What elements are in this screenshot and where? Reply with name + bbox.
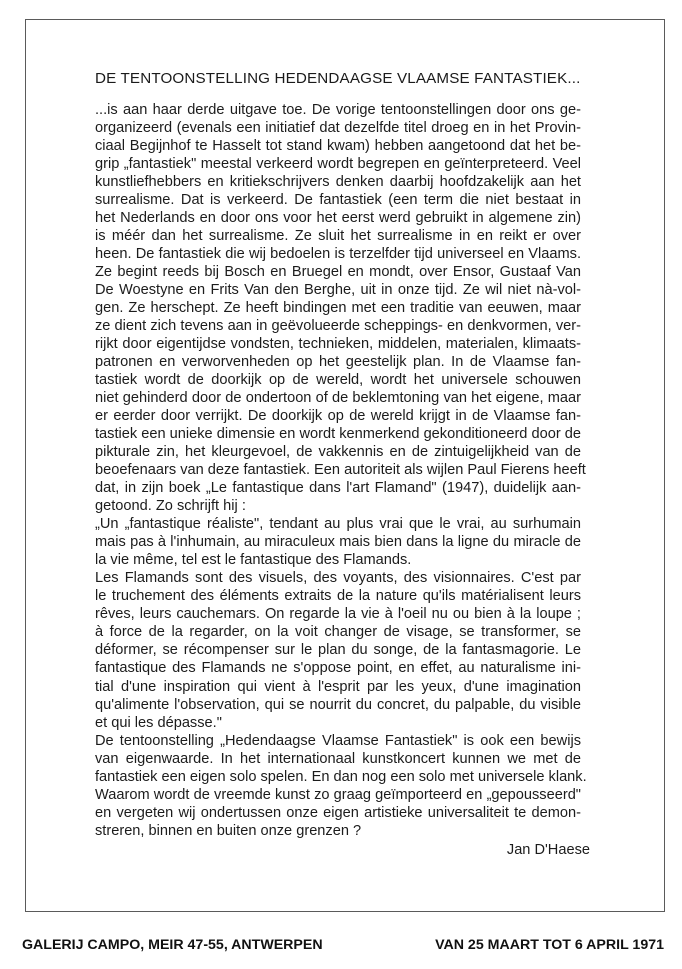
quote-line: la vie même, tel est le fantastique des … <box>95 551 581 569</box>
body-line: streren, binnen en buiten onze grenzen ? <box>95 822 581 840</box>
quote-line: fantastique des Flamands ne s'oppose poi… <box>95 659 581 677</box>
body-line: pikturale zin, het kleurgevoel, de vakke… <box>95 443 581 461</box>
body-line: van eigenwaarde. In het internationaal k… <box>95 750 581 768</box>
body-line: De Woestyne en Frits Van den Berghe, uit… <box>95 281 581 299</box>
author-signature: Jan D'Haese <box>95 842 590 858</box>
quote-line: tial d'une inspiration qui vient à l'esp… <box>95 678 581 696</box>
quote-line: rêves, leurs cauchemars. On regarde la v… <box>95 605 581 623</box>
body-line: beoefenaars van deze fantastiek. Een aut… <box>95 461 581 479</box>
footer-venue: GALERIJ CAMPO, MEIR 47-55, ANTWERPEN <box>22 937 323 953</box>
body-line: Waarom wordt de vreemde kunst zo graag g… <box>95 786 581 804</box>
body-line: tastiek wordt de doorkijk op de wereld, … <box>95 371 581 389</box>
quote-line: à force de la regarder, on la voit chang… <box>95 623 581 641</box>
body-line: er eerder door verrijkt. De doorkijk op … <box>95 407 581 425</box>
quote-line: Les Flamands sont des visuels, des voyan… <box>95 569 581 587</box>
document-body: ...is aan haar derde uitgave toe. De vor… <box>95 101 581 840</box>
body-line: rijkt door eigentijdse vondsten, technie… <box>95 335 581 353</box>
quote-line: déformer, se récompenser sur le plan du … <box>95 641 581 659</box>
footer-dates: VAN 25 MAART TOT 6 APRIL 1971 <box>435 937 664 953</box>
body-line: niet gehinderd door de ondertoon of de b… <box>95 389 581 407</box>
quote-line: qu'alimente l'observation, qui se nourri… <box>95 696 581 714</box>
quote-line: le truchement des éléments extraits de l… <box>95 587 581 605</box>
body-line: De tentoonstelling „Hedendaagse Vlaamse … <box>95 732 581 750</box>
body-line: gen. Ze herschept. Ze heeft bindingen me… <box>95 299 581 317</box>
body-line: tastiek een unieke dimensie en wordt ken… <box>95 425 581 443</box>
body-line: ...is aan haar derde uitgave toe. De vor… <box>95 101 581 119</box>
quote-line: „Un „fantastique réaliste", tendant au p… <box>95 515 581 533</box>
body-line: ciaal Begijnhof te Hasselt tot stand kwa… <box>95 137 581 155</box>
body-line: het Nederlands en door ons voor het eers… <box>95 209 581 227</box>
body-line: is méér dan het surrealisme. Ze sluit he… <box>95 227 581 245</box>
quote-line: mais pas à l'inhumain, au miraculeux mai… <box>95 533 581 551</box>
body-line: en vergeten wij ondertussen onze eigen a… <box>95 804 581 822</box>
quote-line: et qui les dépasse." <box>95 714 581 732</box>
body-line: Ze begint reeds bij Bosch en Bruegel en … <box>95 263 581 281</box>
body-line: organizeerd (evenals een initiatief dat … <box>95 119 581 137</box>
body-line: kunstliefhebbers en kritiekschrijvers de… <box>95 173 581 191</box>
body-line: patronen en verworvenheden op het geeste… <box>95 353 581 371</box>
body-line: fantastiek een eigen solo spelen. En dan… <box>95 768 581 786</box>
body-line: grip „fantastiek" meestal verkeerd wordt… <box>95 155 581 173</box>
body-line: getoond. Zo schrijft hij : <box>95 497 581 515</box>
document-heading: DE TENTOONSTELLING HEDENDAAGSE VLAAMSE F… <box>95 70 580 87</box>
body-line: heen. De fantastiek die wij bedoelen is … <box>95 245 581 263</box>
body-line: surrealisme. Dat is verkeerd. De fantast… <box>95 191 581 209</box>
body-line: ze dient zich tevens aan in geëvolueerde… <box>95 317 581 335</box>
body-line: dat, in zijn boek „Le fantastique dans l… <box>95 479 581 497</box>
